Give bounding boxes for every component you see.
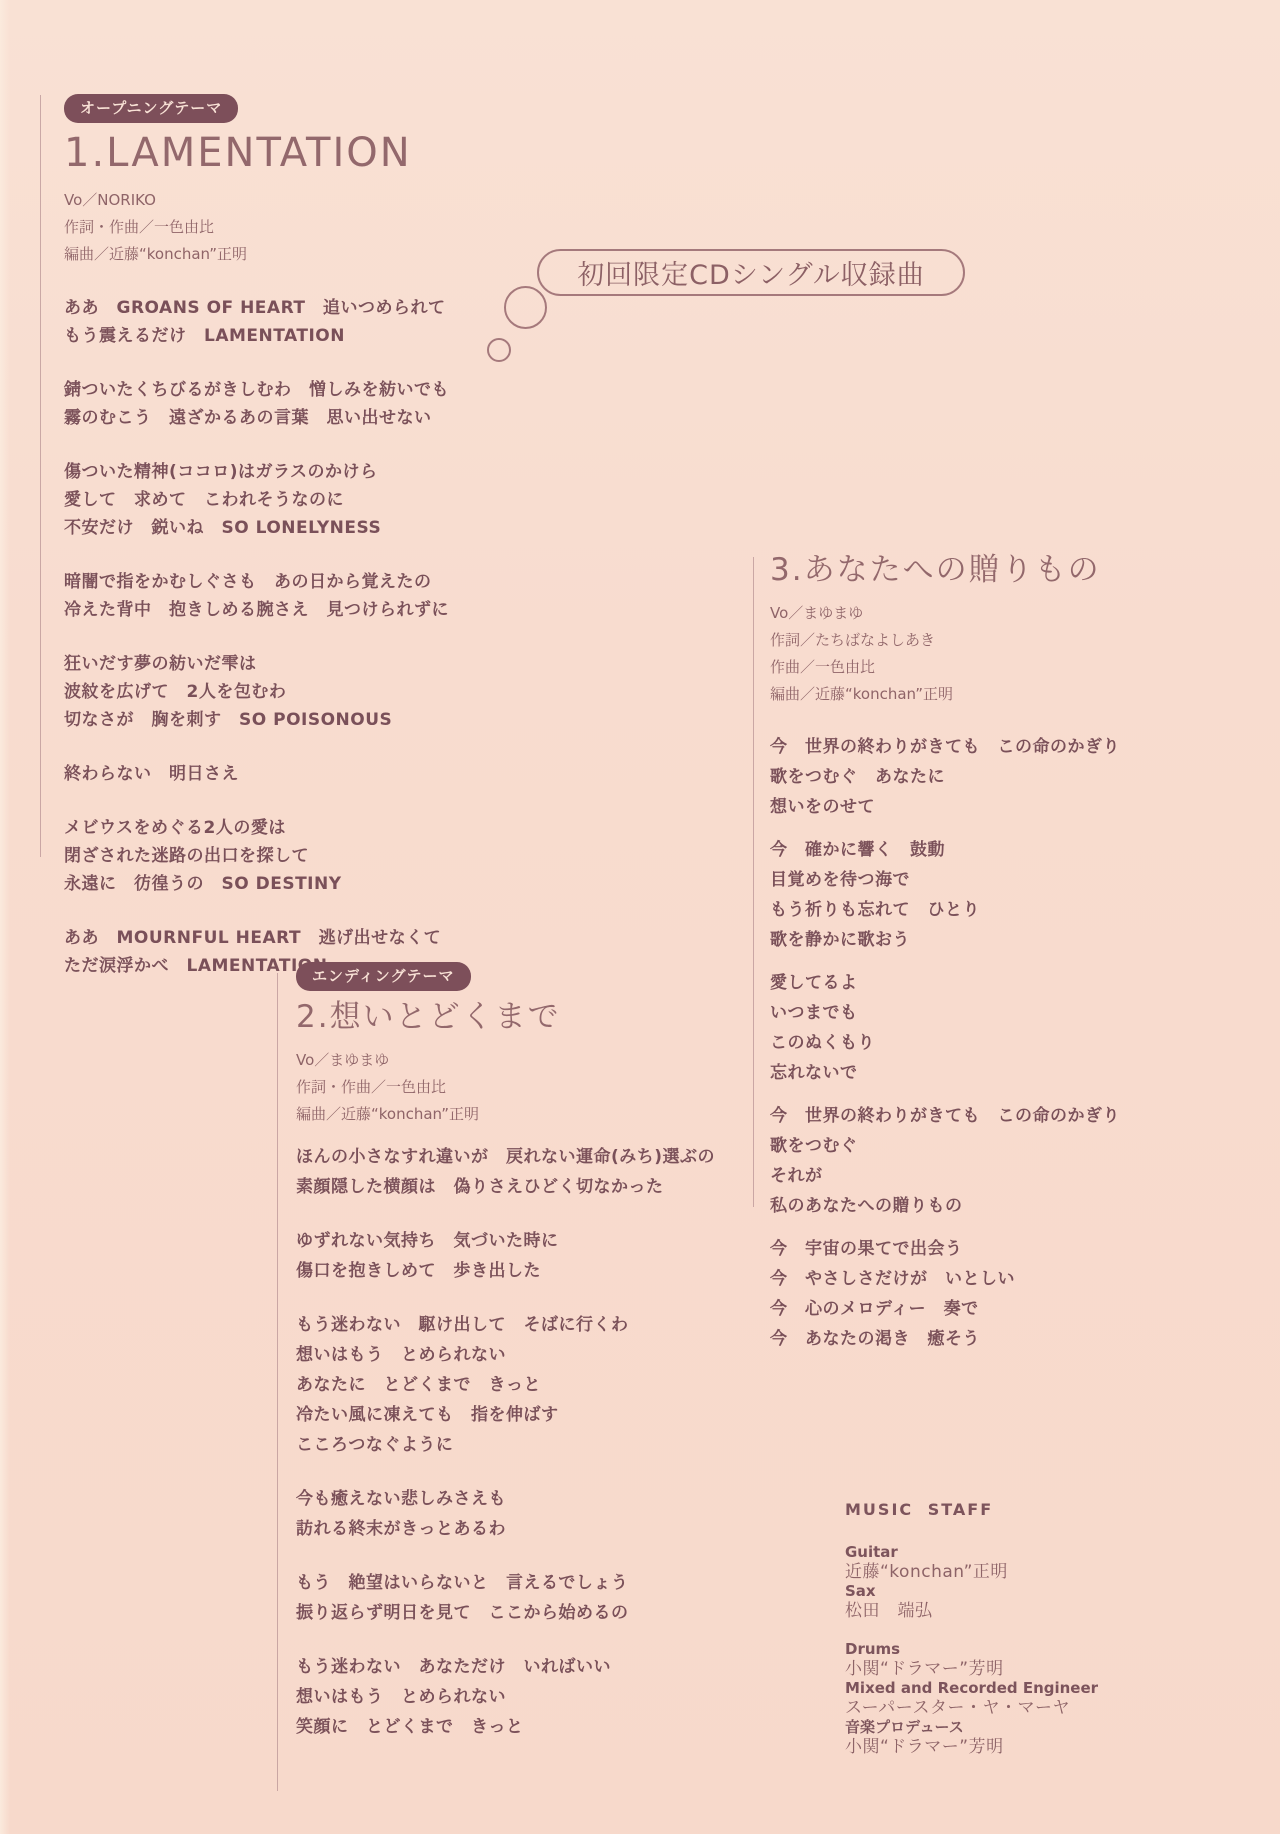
staff-role: Drums xyxy=(845,1640,1175,1659)
staff-role: Guitar xyxy=(845,1543,1175,1562)
section-song-1: オープニングテーマ 1.LAMENTATION Vo／NORIKO 作詞・作曲／… xyxy=(64,94,510,1006)
staff-name: 松田 端弘 xyxy=(845,1601,1175,1621)
song1-credits: Vo／NORIKO 作詞・作曲／一色由比 編曲／近藤“konchan”正明 xyxy=(64,187,510,268)
staff-name: 近藤“konchan”正明 xyxy=(845,1562,1175,1582)
staff-entry: Mixed and Recorded Engineer スーパースター・ヤ・マー… xyxy=(845,1679,1175,1718)
music-staff-heading: MUSIC STAFF xyxy=(845,1500,1175,1519)
lyric-stanza: 今 世界の終わりがきても この命のかぎり 歌をつむぐ あなたに 想いをのせて xyxy=(770,732,1216,822)
bubble-tail-circle-small xyxy=(487,338,511,362)
lyric-stanza: ああ GROANS OF HEART 追いつめられて もう震えるだけ LAMEN… xyxy=(64,294,510,350)
lyric-stanza: 今 確かに響く 鼓動 目覚めを待つ海で もう祈りも忘れて ひとり 歌を静かに歌お… xyxy=(770,835,1216,955)
song3-credits: Vo／まゆまゆ 作詞／たちばなよしあき 作曲／一色由比 編曲／近藤“koncha… xyxy=(770,600,1216,708)
song1-title: 1.LAMENTATION xyxy=(64,129,510,177)
staff-entry: Guitar 近藤“konchan”正明 xyxy=(845,1543,1175,1582)
song3-title: 3.あなたへの贈りもの xyxy=(770,550,1216,590)
staff-role: 音楽プロデュース xyxy=(845,1718,1175,1737)
lyric-stanza: 暗闇で指をかむしぐさも あの日から覚えたの 冷えた背中 抱きしめる腕さえ 見つけ… xyxy=(64,568,510,624)
lyric-stanza: ほんの小さなすれ違いが 戻れない運命(みち)選ぶの 素顔隠した横顔は 偽りさえひ… xyxy=(296,1142,782,1202)
staff-name: 小関“ドラマー”芳明 xyxy=(845,1659,1175,1679)
lyric-stanza: 終わらない 明日さえ xyxy=(64,760,510,788)
limited-cd-callout-text: 初回限定CDシングル収録曲 xyxy=(577,253,925,292)
staff-role: Sax xyxy=(845,1582,1175,1601)
booklet-page: オープニングテーマ 1.LAMENTATION Vo／NORIKO 作詞・作曲／… xyxy=(0,0,1280,1834)
lyric-stanza: 今も癒えない悲しみさえも 訪れる終末がきっとあるわ xyxy=(296,1484,782,1544)
staff-name: スーパースター・ヤ・マーヤ xyxy=(845,1698,1175,1718)
song3-lyrics: 今 世界の終わりがきても この命のかぎり 歌をつむぐ あなたに 想いをのせて 今… xyxy=(770,732,1216,1354)
lyric-stanza: 愛してるよ いつまでも このぬくもり 忘れないで xyxy=(770,968,1216,1088)
lyric-stanza: メビウスをめぐる2人の愛は 閉ざされた迷路の出口を探して 永遠に 彷徨うの SO… xyxy=(64,814,510,898)
lyric-stanza: 狂いだす夢の紡いだ雫は 波紋を広げて 2人を包むわ 切なさが 胸を刺す SO P… xyxy=(64,650,510,734)
lyric-stanza: 錆ついたくちびるがきしむわ 憎しみを紡いでも 霧のむこう 遠ざかるあの言葉 思い… xyxy=(64,376,510,432)
lyric-stanza: 今 宇宙の果てで出会う 今 やさしさだけが いとしい 今 心のメロディー 奏で … xyxy=(770,1234,1216,1354)
music-staff-entries: Guitar 近藤“konchan”正明 Sax 松田 端弘 Drums 小関“… xyxy=(845,1543,1175,1757)
song1-lyrics: ああ GROANS OF HEART 追いつめられて もう震えるだけ LAMEN… xyxy=(64,294,510,980)
song2-lyrics: ほんの小さなすれ違いが 戻れない運命(みち)選ぶの 素顔隠した横顔は 偽りさえひ… xyxy=(296,1142,782,1742)
song2-credits: Vo／まゆまゆ 作詞・作曲／一色由比 編曲／近藤“konchan”正明 xyxy=(296,1047,782,1128)
ending-theme-badge: エンディングテーマ xyxy=(296,962,471,991)
lyric-stanza: 傷ついた精神(ココロ)はガラスのかけら 愛して 求めて こわれそうなのに 不安だ… xyxy=(64,458,510,542)
lyric-stanza: 今 世界の終わりがきても この命のかぎり 歌をつむぐ それが 私のあなたへの贈り… xyxy=(770,1101,1216,1221)
music-staff-section: MUSIC STAFF Guitar 近藤“konchan”正明 Sax 松田 … xyxy=(845,1500,1175,1757)
lyric-stanza: もう 絶望はいらないと 言えるでしょう 振り返らず明日を見て ここから始めるの xyxy=(296,1568,782,1628)
staff-entry: Drums 小関“ドラマー”芳明 xyxy=(845,1640,1175,1679)
staff-role: Mixed and Recorded Engineer xyxy=(845,1679,1175,1698)
lyric-stanza: もう迷わない あなただけ いればいい 想いはもう とめられない 笑顔に とどくま… xyxy=(296,1652,782,1742)
vertical-rule-song1 xyxy=(40,95,41,857)
limited-cd-callout-bubble: 初回限定CDシングル収録曲 xyxy=(537,249,965,296)
section-song-2: エンディングテーマ 2.想いとどくまで Vo／まゆまゆ 作詞・作曲／一色由比 編… xyxy=(296,962,782,1766)
song2-title: 2.想いとどくまで xyxy=(296,997,782,1037)
opening-theme-badge: オープニングテーマ xyxy=(64,94,238,123)
staff-entry: Sax 松田 端弘 xyxy=(845,1582,1175,1621)
bubble-tail-circle-large xyxy=(504,286,547,329)
staff-name: 小関“ドラマー”芳明 xyxy=(845,1737,1175,1757)
staff-entry: 音楽プロデュース 小関“ドラマー”芳明 xyxy=(845,1718,1175,1757)
section-song-3: 3.あなたへの贈りもの Vo／まゆまゆ 作詞／たちばなよしあき 作曲／一色由比 … xyxy=(770,550,1216,1367)
lyric-stanza: ゆずれない気持ち 気づいた時に 傷口を抱きしめて 歩き出した xyxy=(296,1226,782,1286)
vertical-rule-song2 xyxy=(277,973,278,1791)
lyric-stanza: もう迷わない 駆け出して そばに行くわ 想いはもう とめられない あなたに とど… xyxy=(296,1310,782,1460)
